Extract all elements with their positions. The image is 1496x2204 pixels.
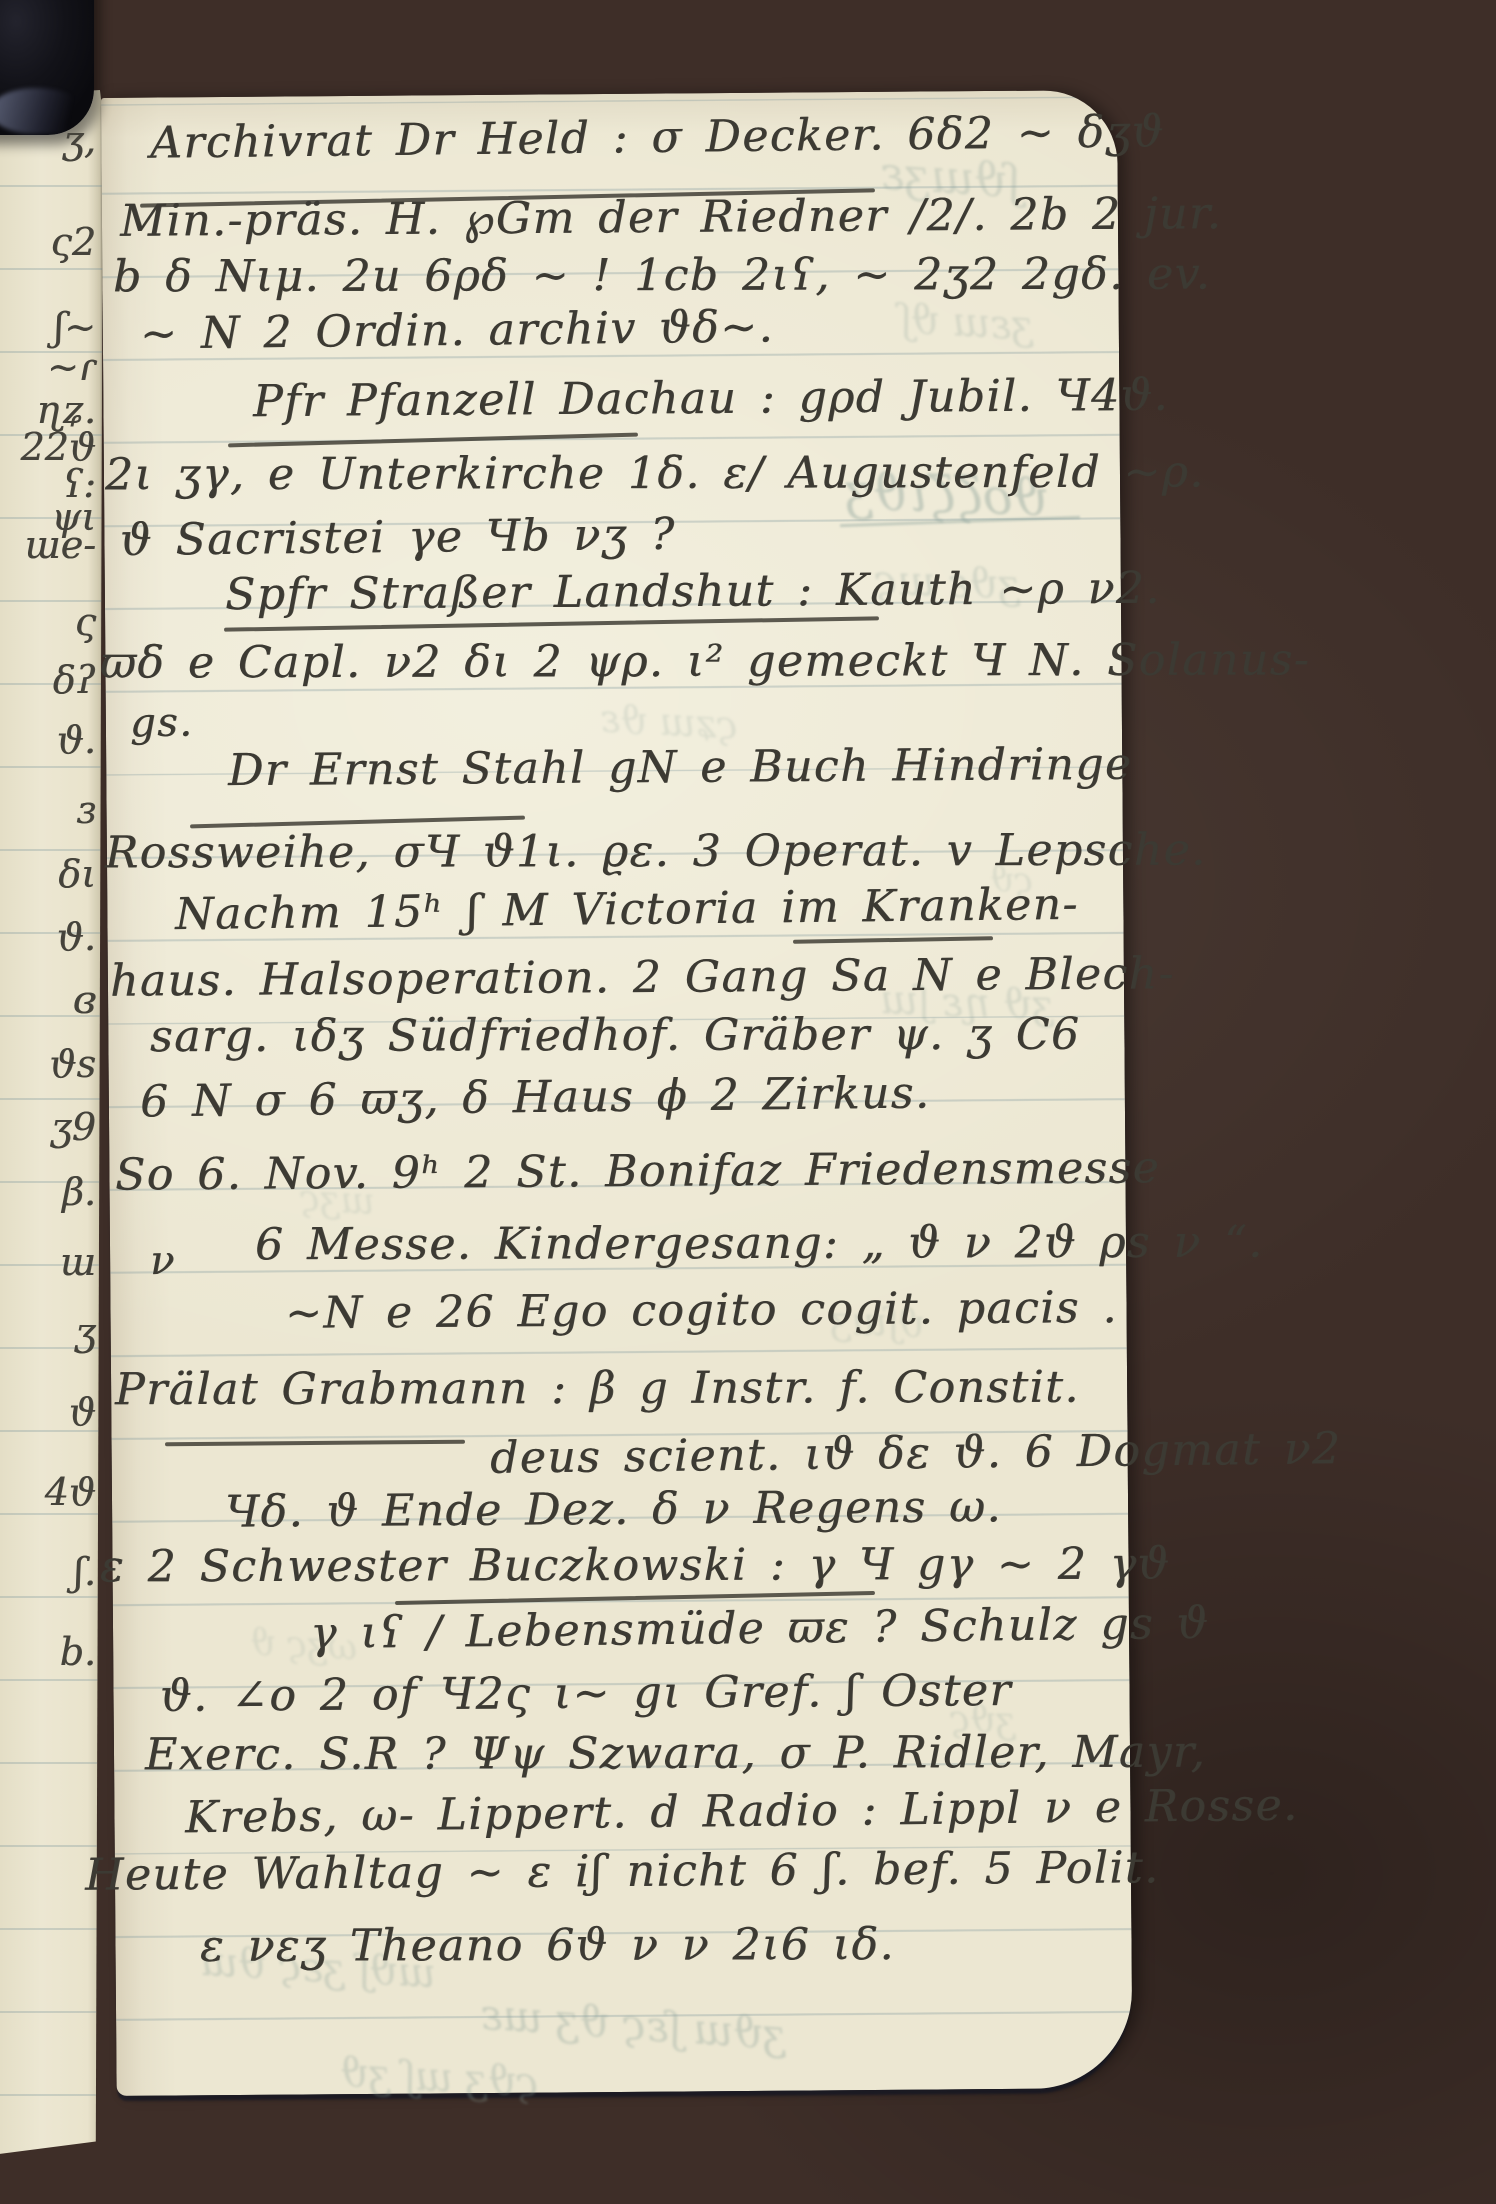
left-page-ruled-lines [0,90,103,2158]
scanned-notebook-photo: ʃϑɯʒεʒεɯ ϑʃϑοζζιϑʒʒϑε ɯςςʑɯ ϑεςϑʒϑ ɳε ʃɯ… [0,0,1496,2204]
notebook-page [101,90,1133,2096]
ruled-lines [101,90,1133,2096]
left-page-edge [0,90,103,2158]
